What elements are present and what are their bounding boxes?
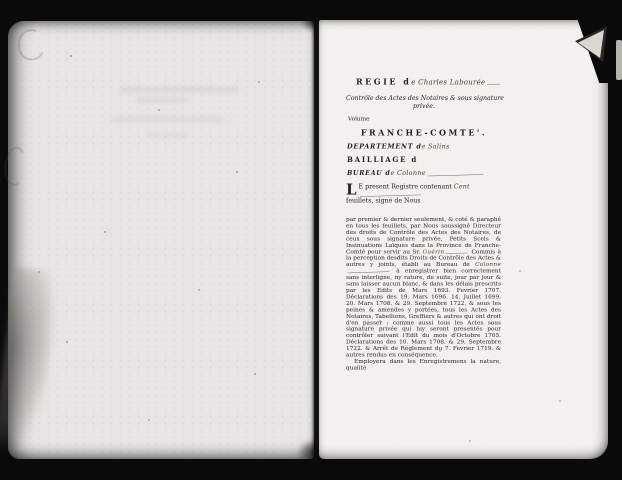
attestation-line2: feuillets, signé de Nous bbox=[346, 197, 421, 205]
bleed-through-text bbox=[148, 133, 188, 137]
title-page-text: REGIE de Charles Labourée Contrôle des A… bbox=[346, 77, 502, 367]
bureau-handwriting: e Colonne bbox=[391, 170, 426, 178]
pen-flourish bbox=[487, 80, 500, 84]
departement-printed-label: DEPARTEMENT d bbox=[347, 143, 422, 151]
page-speckles bbox=[319, 20, 321, 22]
page-edge-highlight bbox=[616, 40, 622, 80]
left-page bbox=[8, 21, 314, 459]
attestation-line1: E present Registre contenant bbox=[359, 183, 454, 191]
bailliage-line: BAILLIAGE d bbox=[347, 156, 503, 164]
pen-flourish bbox=[446, 250, 468, 254]
province-title: FRANCHE-COMTE'. bbox=[346, 128, 502, 138]
pen-flourish bbox=[347, 269, 389, 273]
controle-subtitle-line2: privée. bbox=[346, 102, 502, 110]
departement-line: DEPARTEMENT de Salins bbox=[347, 143, 503, 151]
ink-scribble bbox=[14, 27, 48, 64]
regie-printed-label: REGIE d bbox=[356, 77, 411, 87]
body-text-segment: à enregistrer bien correctement sans int… bbox=[346, 267, 501, 358]
page-speckles bbox=[8, 21, 10, 23]
body-text: par premier & dernier seulement, & coté … bbox=[346, 216, 501, 371]
body-paragraph-1: par premier & dernier seulement, & coté … bbox=[346, 216, 501, 358]
bleed-through-text bbox=[120, 87, 238, 92]
scanned-register-spread: REGIE de Charles Labourée Contrôle des A… bbox=[0, 0, 622, 480]
right-page: REGIE de Charles Labourée Contrôle des A… bbox=[319, 20, 608, 459]
page-stain bbox=[0, 267, 61, 451]
ink-scribble bbox=[2, 146, 28, 187]
controle-subtitle-line1: Contrôle des Actes des Notaires & sous s… bbox=[346, 94, 502, 102]
volume-label: Volume bbox=[348, 115, 504, 122]
attestation-handwriting: Cent bbox=[454, 183, 470, 191]
pen-flourish bbox=[427, 170, 483, 176]
regie-handwriting: e Charles Labourée bbox=[411, 79, 485, 87]
attestation-block: LE present Registre contenant Cent feuil… bbox=[346, 183, 498, 204]
bleed-through-text bbox=[112, 117, 224, 122]
departement-handwriting: e Salins bbox=[422, 143, 450, 151]
bleed-through-text bbox=[136, 98, 188, 102]
bureau-line: BUREAU de Colonne bbox=[347, 169, 503, 177]
body-paragraph-2: Employera dans les Enregistremens la nat… bbox=[346, 358, 501, 371]
bureau-printed-label: BUREAU d bbox=[347, 169, 391, 177]
dropcap-letter: L bbox=[346, 184, 357, 197]
regie-line: REGIE de Charles Labourée bbox=[356, 77, 512, 87]
